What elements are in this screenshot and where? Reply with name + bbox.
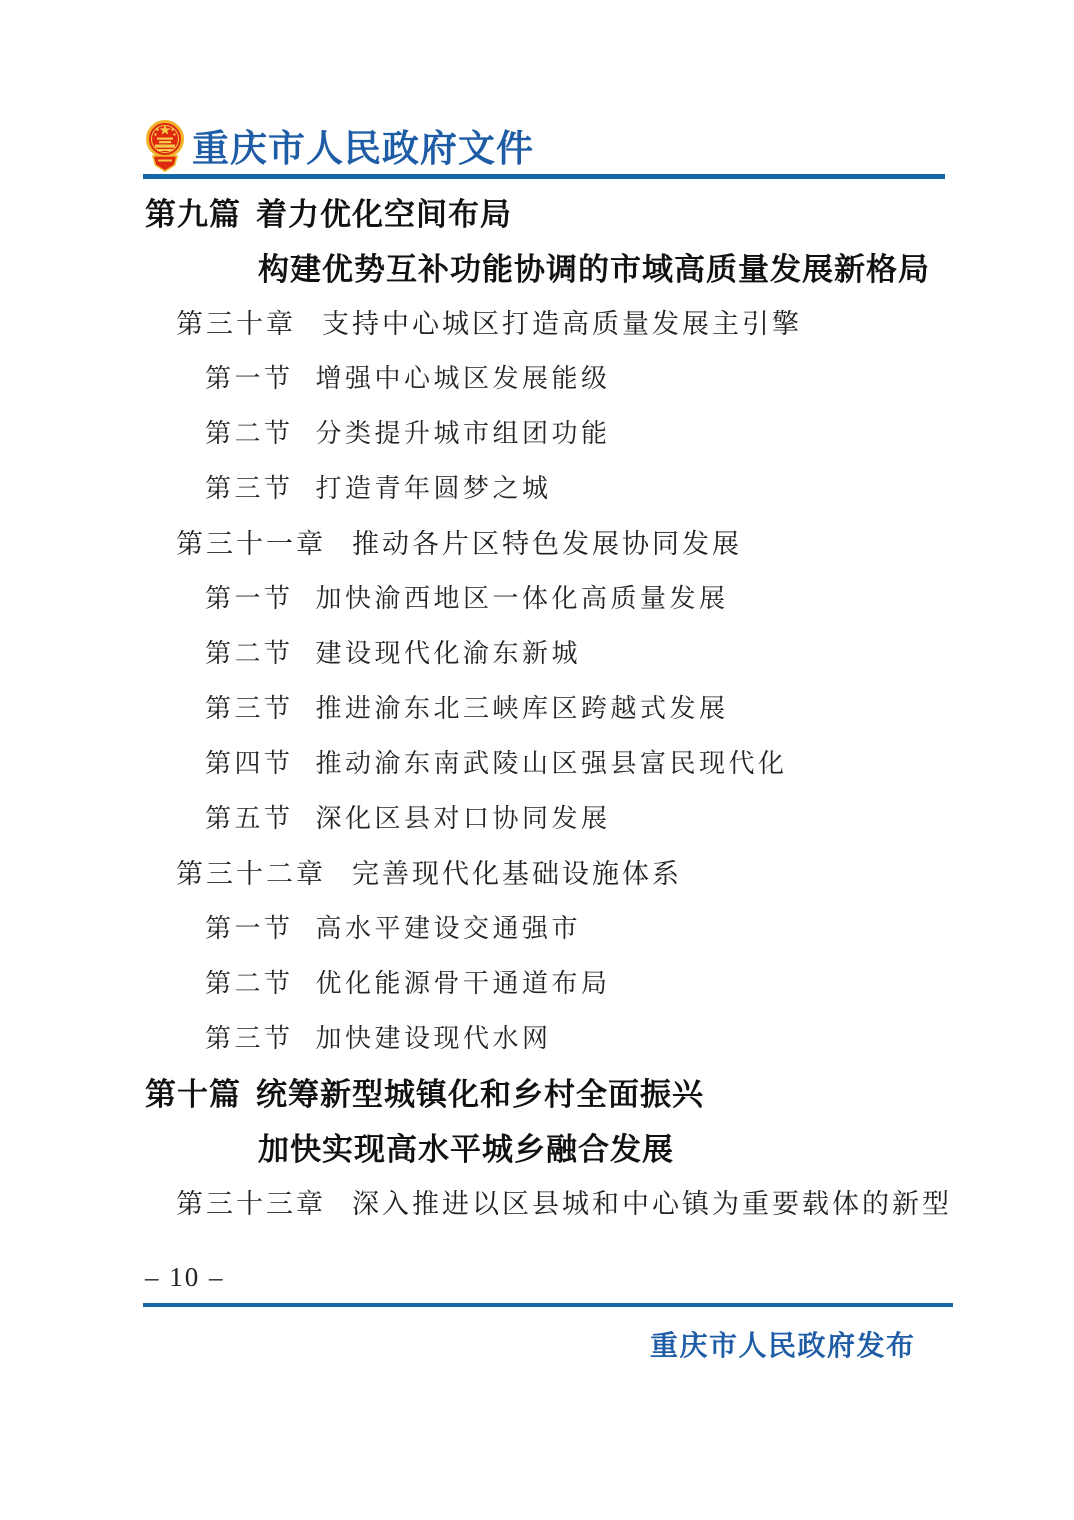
toc-entry-label: 第三十一章 (176, 522, 326, 561)
national-emblem-icon (145, 116, 185, 173)
toc-entry-label: 第一节 (205, 908, 294, 945)
toc-entry-section: 第二节建设现代化渝东新城 (145, 624, 955, 679)
toc-entry-label: 第九篇 (145, 189, 241, 234)
toc-entry-label: 第三十二章 (176, 852, 326, 891)
toc-entry-title: 支持中心城区打造高质量发展主引擎 (322, 302, 802, 341)
toc-entry-title: 加快渝西地区一体化高质量发展 (316, 578, 729, 615)
toc-entry-label: 第三节 (205, 468, 294, 505)
toc-entry-title: 推进渝东北三峡库区跨越式发展 (316, 688, 729, 725)
document-title: 重庆市人民政府文件 (192, 118, 534, 172)
toc-entry-label: 第四节 (205, 743, 294, 780)
toc-entry-label: 第十篇 (145, 1069, 241, 1114)
toc-entry-part: 第九篇着力优化空间布局 (145, 184, 955, 239)
toc-entry-section: 第二节优化能源骨干通道布局 (145, 954, 955, 1009)
toc-entry-title: 高水平建设交通强市 (316, 908, 582, 945)
toc-entry-title: 统筹新型城镇化和乡村全面振兴 (256, 1069, 704, 1114)
toc-entry-title: 构建优势互补功能协调的市域高质量发展新格局 (258, 244, 930, 289)
toc-entry-section: 第二节分类提升城市组团功能 (145, 404, 955, 459)
toc-entry-part: 第十篇统筹新型城镇化和乡村全面振兴 (145, 1064, 955, 1119)
toc-entry-title: 增强中心城区发展能级 (316, 358, 611, 395)
toc-entry-title: 深入推进以区县城和中心镇为重要载体的新型 (352, 1182, 952, 1221)
toc-entry-title: 深化区县对口协同发展 (316, 798, 611, 835)
toc-entry-label: 第一节 (205, 578, 294, 615)
toc-entry-section: 第一节加快渝西地区一体化高质量发展 (145, 569, 955, 624)
header-divider (143, 174, 945, 179)
toc-entry-title: 优化能源骨干通道布局 (316, 963, 611, 1000)
toc-entry-title: 打造青年圆梦之城 (316, 468, 552, 505)
toc-entry-label: 第五节 (205, 798, 294, 835)
toc-entry-chapter: 第三十一章推动各片区特色发展协同发展 (145, 514, 955, 569)
toc-entry-chapter: 第三十二章完善现代化基础设施体系 (145, 844, 955, 899)
toc-entry-part-continued: 加快实现高水平城乡融合发展 (145, 1119, 955, 1174)
toc-entry-label: 第三节 (205, 1018, 294, 1055)
toc-entry-title: 着力优化空间布局 (256, 189, 512, 234)
toc-entry-title: 加快实现高水平城乡融合发展 (258, 1124, 674, 1169)
footer-divider (143, 1303, 953, 1307)
toc-entry-label: 第三十三章 (176, 1182, 326, 1221)
document-page: 重庆市人民政府文件 第九篇着力优化空间布局 构建优势互补功能协调的市域高质量发展… (0, 0, 1074, 1520)
toc-entry-title: 建设现代化渝东新城 (316, 633, 582, 670)
toc-entry-label: 第三节 (205, 688, 294, 725)
toc-entry-title: 完善现代化基础设施体系 (352, 852, 682, 891)
toc-entry-section: 第一节增强中心城区发展能级 (145, 349, 955, 404)
toc-entry-part-continued: 构建优势互补功能协调的市域高质量发展新格局 (145, 239, 955, 294)
toc-entry-label: 第二节 (205, 963, 294, 1000)
toc-entry-title: 推动渝东南武陵山区强县富民现代化 (316, 743, 788, 780)
toc-entry-label: 第二节 (205, 413, 294, 450)
toc-entry-section: 第三节打造青年圆梦之城 (145, 459, 955, 514)
toc-entry-chapter: 第三十章支持中心城区打造高质量发展主引擎 (145, 294, 955, 349)
toc-entry-section: 第三节推进渝东北三峡库区跨越式发展 (145, 679, 955, 734)
toc-entry-section: 第五节深化区县对口协同发展 (145, 789, 955, 844)
toc-entry-title: 推动各片区特色发展协同发展 (352, 522, 742, 561)
publisher-label: 重庆市人民政府发布 (650, 1324, 916, 1364)
table-of-contents: 第九篇着力优化空间布局 构建优势互补功能协调的市域高质量发展新格局 第三十章支持… (145, 184, 955, 1229)
toc-entry-label: 第二节 (205, 633, 294, 670)
toc-entry-label: 第一节 (205, 358, 294, 395)
toc-entry-section: 第三节加快建设现代水网 (145, 1009, 955, 1064)
toc-entry-section: 第四节推动渝东南武陵山区强县富民现代化 (145, 734, 955, 789)
toc-entry-section: 第一节高水平建设交通强市 (145, 899, 955, 954)
toc-entry-label: 第三十章 (176, 302, 296, 341)
toc-entry-title: 加快建设现代水网 (316, 1018, 552, 1055)
toc-entry-chapter: 第三十三章深入推进以区县城和中心镇为重要载体的新型 (145, 1174, 955, 1229)
toc-entry-title: 分类提升城市组团功能 (316, 413, 611, 450)
page-number: – 10 – (145, 1262, 225, 1293)
